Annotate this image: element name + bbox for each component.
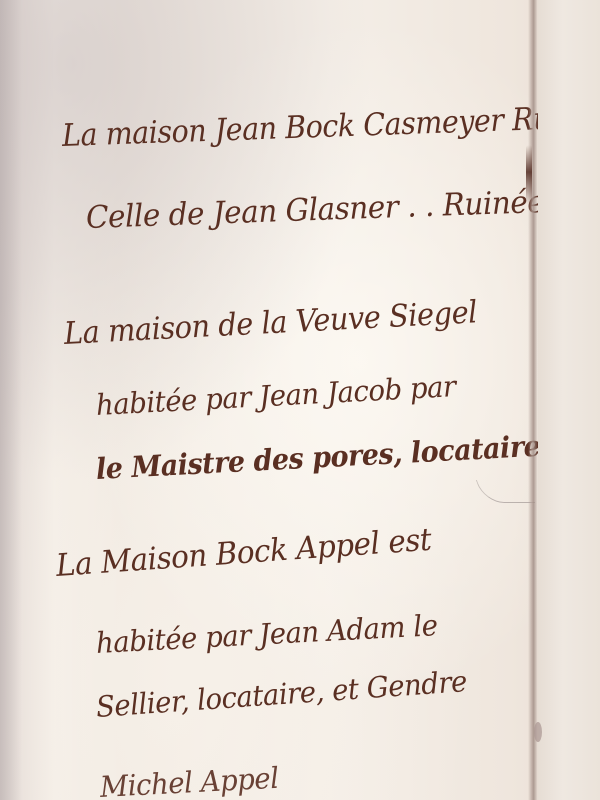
adjacent-page: [538, 0, 600, 800]
manuscript-line-1: La maison Jean Bock Casmeyer Ruinée: [61, 99, 600, 154]
binding-fold: [528, 0, 538, 800]
manuscript-line-4: habitée par Jean Jacob par: [95, 369, 456, 422]
manuscript-page: La maison Jean Bock Casmeyer Ruinée Cell…: [0, 0, 600, 800]
manuscript-line-2: Celle de Jean Glasner . . Ruinée: [85, 184, 544, 236]
manuscript-line-6: La Maison Bock Appel est: [55, 522, 433, 584]
manuscript-text-block: La maison Jean Bock Casmeyer Ruinée Cell…: [0, 0, 530, 800]
binding-knot: [534, 722, 542, 742]
manuscript-line-8: Sellier, locataire, et Gendre: [95, 664, 468, 724]
manuscript-line-7: habitée par Jean Adam le: [95, 608, 438, 660]
manuscript-line-5: le Maistre des pores, locataires,: [95, 428, 565, 486]
manuscript-line-9: Michel Appel: [99, 761, 279, 800]
ink-blot: [526, 145, 532, 205]
manuscript-line-3: La maison de la Veuve Siegel: [63, 294, 478, 352]
